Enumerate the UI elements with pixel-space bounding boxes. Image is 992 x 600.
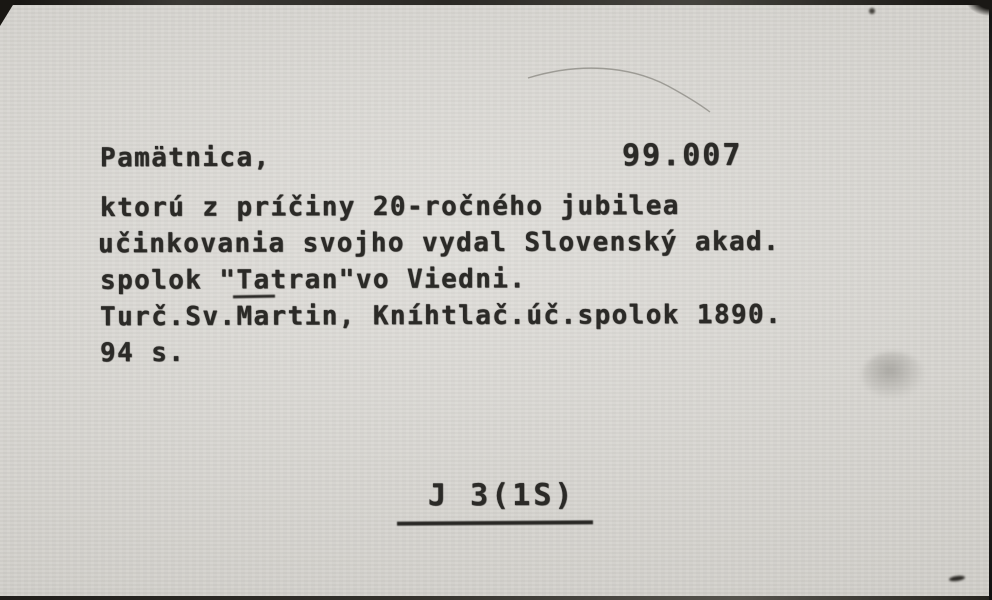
body-line: ktorú z príčiny 20-ročného jubilea [100,191,680,223]
call-number: 99.007 [622,138,742,173]
body-line: Turč.Sv.Martin, Kníhtlač.úč.spolok 1890. [100,300,782,332]
card-title: Pamätnica, [100,143,271,174]
body-line: spolok "Tatran"vo Viedni. [100,264,526,295]
body-line: učinkovania svojho vydal Slovenský akad. [98,227,780,259]
shelf-mark: J 3(1S) [428,478,576,514]
body-line-pages: 94 s. [100,338,185,368]
catalog-card-scan: Pamätnica, 99.007 ktorú z príčiny 20-roč… [0,0,992,600]
